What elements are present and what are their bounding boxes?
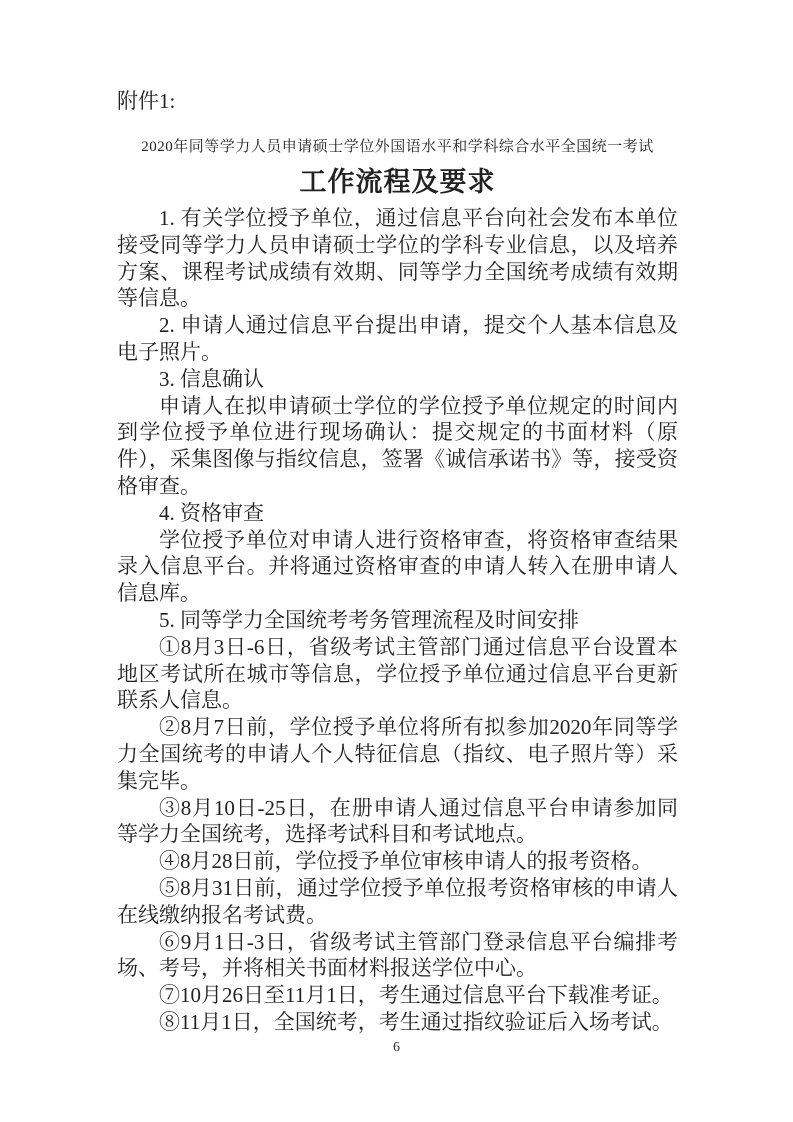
paragraph-2: 2. 申请人通过信息平台提出申请，提交个人基本信息及电子照片。 (117, 312, 678, 366)
paragraph-12: ⑤8月31日前，通过学位授予单位报考资格审核的申请人在线缴纳报名考试费。 (117, 875, 678, 929)
paragraph-7: 5. 同等学力全国统考考务管理流程及时间安排 (117, 607, 678, 634)
paragraph-14: ⑦10月26日至11月1日，考生通过信息平台下载准考证。 (117, 982, 678, 1009)
paragraph-3: 3. 信息确认 (117, 366, 678, 393)
document-content: 附件1: 2020年同等学力人员申请硕士学位外国语水平和学科综合水平全国统一考试… (117, 88, 678, 1036)
document-subtitle: 2020年同等学力人员申请硕士学位外国语水平和学科综合水平全国统一考试 (117, 138, 678, 156)
paragraph-15: ⑧11月1日，全国统考，考生通过指纹验证后入场考试。 (117, 1009, 678, 1036)
paragraph-8: ①8月3日-6日，省级考试主管部门通过信息平台设置本地区考试所在城市等信息，学位… (117, 634, 678, 714)
paragraph-4: 申请人在拟申请硕士学位的学位授予单位规定的时间内到学位授予单位进行现场确认：提交… (117, 393, 678, 500)
paragraph-11: ④8月28日前，学位授予单位审核申请人的报考资格。 (117, 848, 678, 875)
document-body: 1. 有关学位授予单位，通过信息平台向社会发布本单位接受同等学力人员申请硕士学位… (117, 205, 678, 1036)
paragraph-5: 4. 资格审查 (117, 500, 678, 527)
paragraph-6: 学位授予单位对申请人进行资格审查，将资格审查结果录入信息平台。并将通过资格审查的… (117, 527, 678, 607)
document-page: 附件1: 2020年同等学力人员申请硕士学位外国语水平和学科综合水平全国统一考试… (0, 0, 793, 1122)
paragraph-9: ②8月7日前，学位授予单位将所有拟参加2020年同等学力全国统考的申请人个人特征… (117, 714, 678, 794)
attachment-label: 附件1: (117, 88, 678, 114)
paragraph-10: ③8月10日-25日，在册申请人通过信息平台申请参加同等学力全国统考，选择考试科… (117, 795, 678, 849)
document-title: 工作流程及要求 (117, 166, 678, 198)
page-number: 6 (0, 1040, 793, 1056)
paragraph-13: ⑥9月1日-3日，省级考试主管部门登录信息平台编排考场、考号，并将相关书面材料报… (117, 929, 678, 983)
paragraph-1: 1. 有关学位授予单位，通过信息平台向社会发布本单位接受同等学力人员申请硕士学位… (117, 205, 678, 312)
